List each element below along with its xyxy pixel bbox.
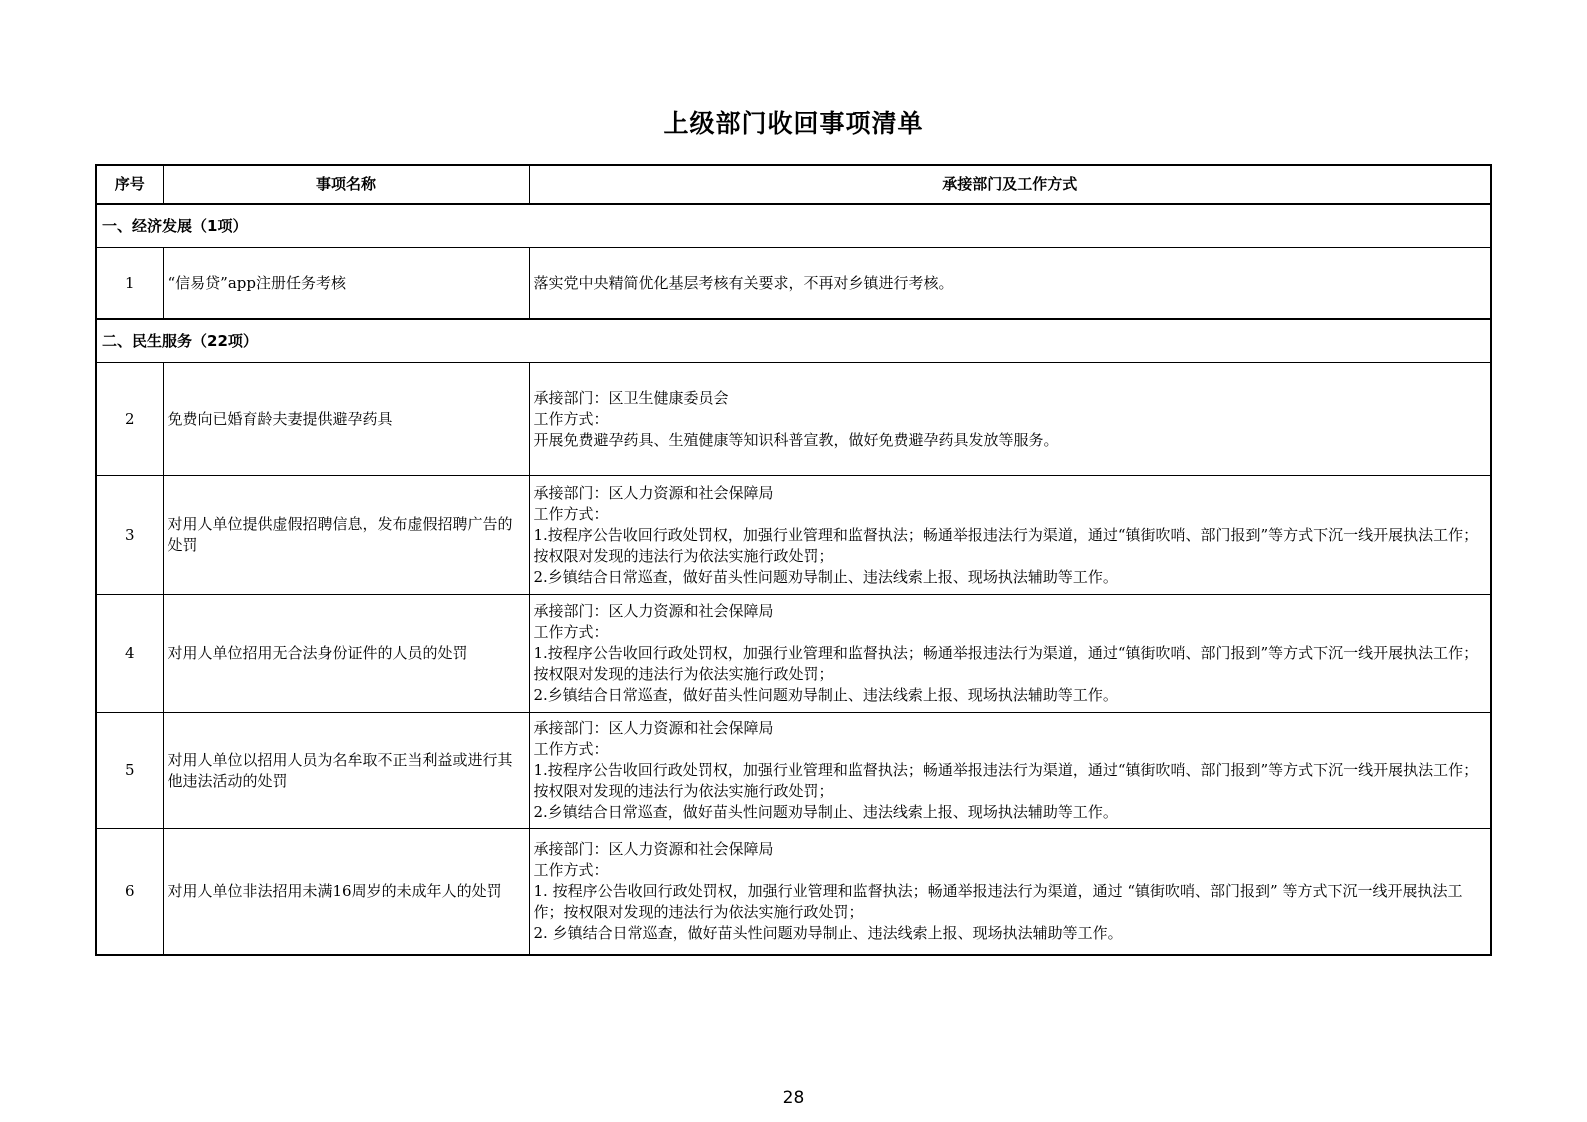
table-row: 2 免费向已婚育龄夫妻提供避孕药具 承接部门：区卫生健康委员会 工作方式： 开展… — [96, 363, 1491, 476]
item-name: 免费向已婚育龄夫妻提供避孕药具 — [163, 363, 529, 476]
row-number: 3 — [96, 476, 163, 595]
section-row-livelihood: 二、民生服务（22项） — [96, 319, 1491, 363]
item-name: 对用人单位以招用人员为名牟取不正当利益或进行其他违法活动的处罚 — [163, 713, 529, 829]
item-method: 承接部门：区人力资源和社会保障局 工作方式： 1.按程序公告收回行政处罚权，加强… — [529, 713, 1491, 829]
row-number: 6 — [96, 829, 163, 956]
page-title: 上级部门收回事项清单 — [0, 0, 1587, 142]
row-number: 4 — [96, 595, 163, 713]
row-number: 2 — [96, 363, 163, 476]
item-name: 对用人单位非法招用未满16周岁的未成年人的处罚 — [163, 829, 529, 956]
row-number: 5 — [96, 713, 163, 829]
item-name: 对用人单位招用无合法身份证件的人员的处罚 — [163, 595, 529, 713]
item-method: 承接部门：区卫生健康委员会 工作方式： 开展免费避孕药具、生殖健康等知识科普宣教… — [529, 363, 1491, 476]
item-method: 承接部门：区人力资源和社会保障局 工作方式： 1. 按程序公告收回行政处罚权，加… — [529, 829, 1491, 956]
item-method: 落实党中央精简优化基层考核有关要求，不再对乡镇进行考核。 — [529, 248, 1491, 320]
section-label: 一、经济发展（1项） — [96, 204, 1491, 248]
column-header-no: 序号 — [96, 165, 163, 204]
item-name: “信易贷”app注册任务考核 — [163, 248, 529, 320]
table-row: 6 对用人单位非法招用未满16周岁的未成年人的处罚 承接部门：区人力资源和社会保… — [96, 829, 1491, 956]
table-row: 5 对用人单位以招用人员为名牟取不正当利益或进行其他违法活动的处罚 承接部门：区… — [96, 713, 1491, 829]
column-header-method: 承接部门及工作方式 — [529, 165, 1491, 204]
column-header-name: 事项名称 — [163, 165, 529, 204]
table-row: 1 “信易贷”app注册任务考核 落实党中央精简优化基层考核有关要求，不再对乡镇… — [96, 248, 1491, 320]
table-row: 3 对用人单位提供虚假招聘信息，发布虚假招聘广告的处罚 承接部门：区人力资源和社… — [96, 476, 1491, 595]
page-number: 28 — [0, 1088, 1587, 1108]
items-table: 序号 事项名称 承接部门及工作方式 一、经济发展（1项） 1 “信易贷”app注… — [95, 164, 1492, 956]
item-method: 承接部门：区人力资源和社会保障局 工作方式： 1.按程序公告收回行政处罚权，加强… — [529, 595, 1491, 713]
item-method: 承接部门：区人力资源和社会保障局 工作方式： 1.按程序公告收回行政处罚权，加强… — [529, 476, 1491, 595]
section-label: 二、民生服务（22项） — [96, 319, 1491, 363]
table-header-row: 序号 事项名称 承接部门及工作方式 — [96, 165, 1491, 204]
item-name: 对用人单位提供虚假招聘信息，发布虚假招聘广告的处罚 — [163, 476, 529, 595]
section-row-economy: 一、经济发展（1项） — [96, 204, 1491, 248]
row-number: 1 — [96, 248, 163, 320]
table-row: 4 对用人单位招用无合法身份证件的人员的处罚 承接部门：区人力资源和社会保障局 … — [96, 595, 1491, 713]
